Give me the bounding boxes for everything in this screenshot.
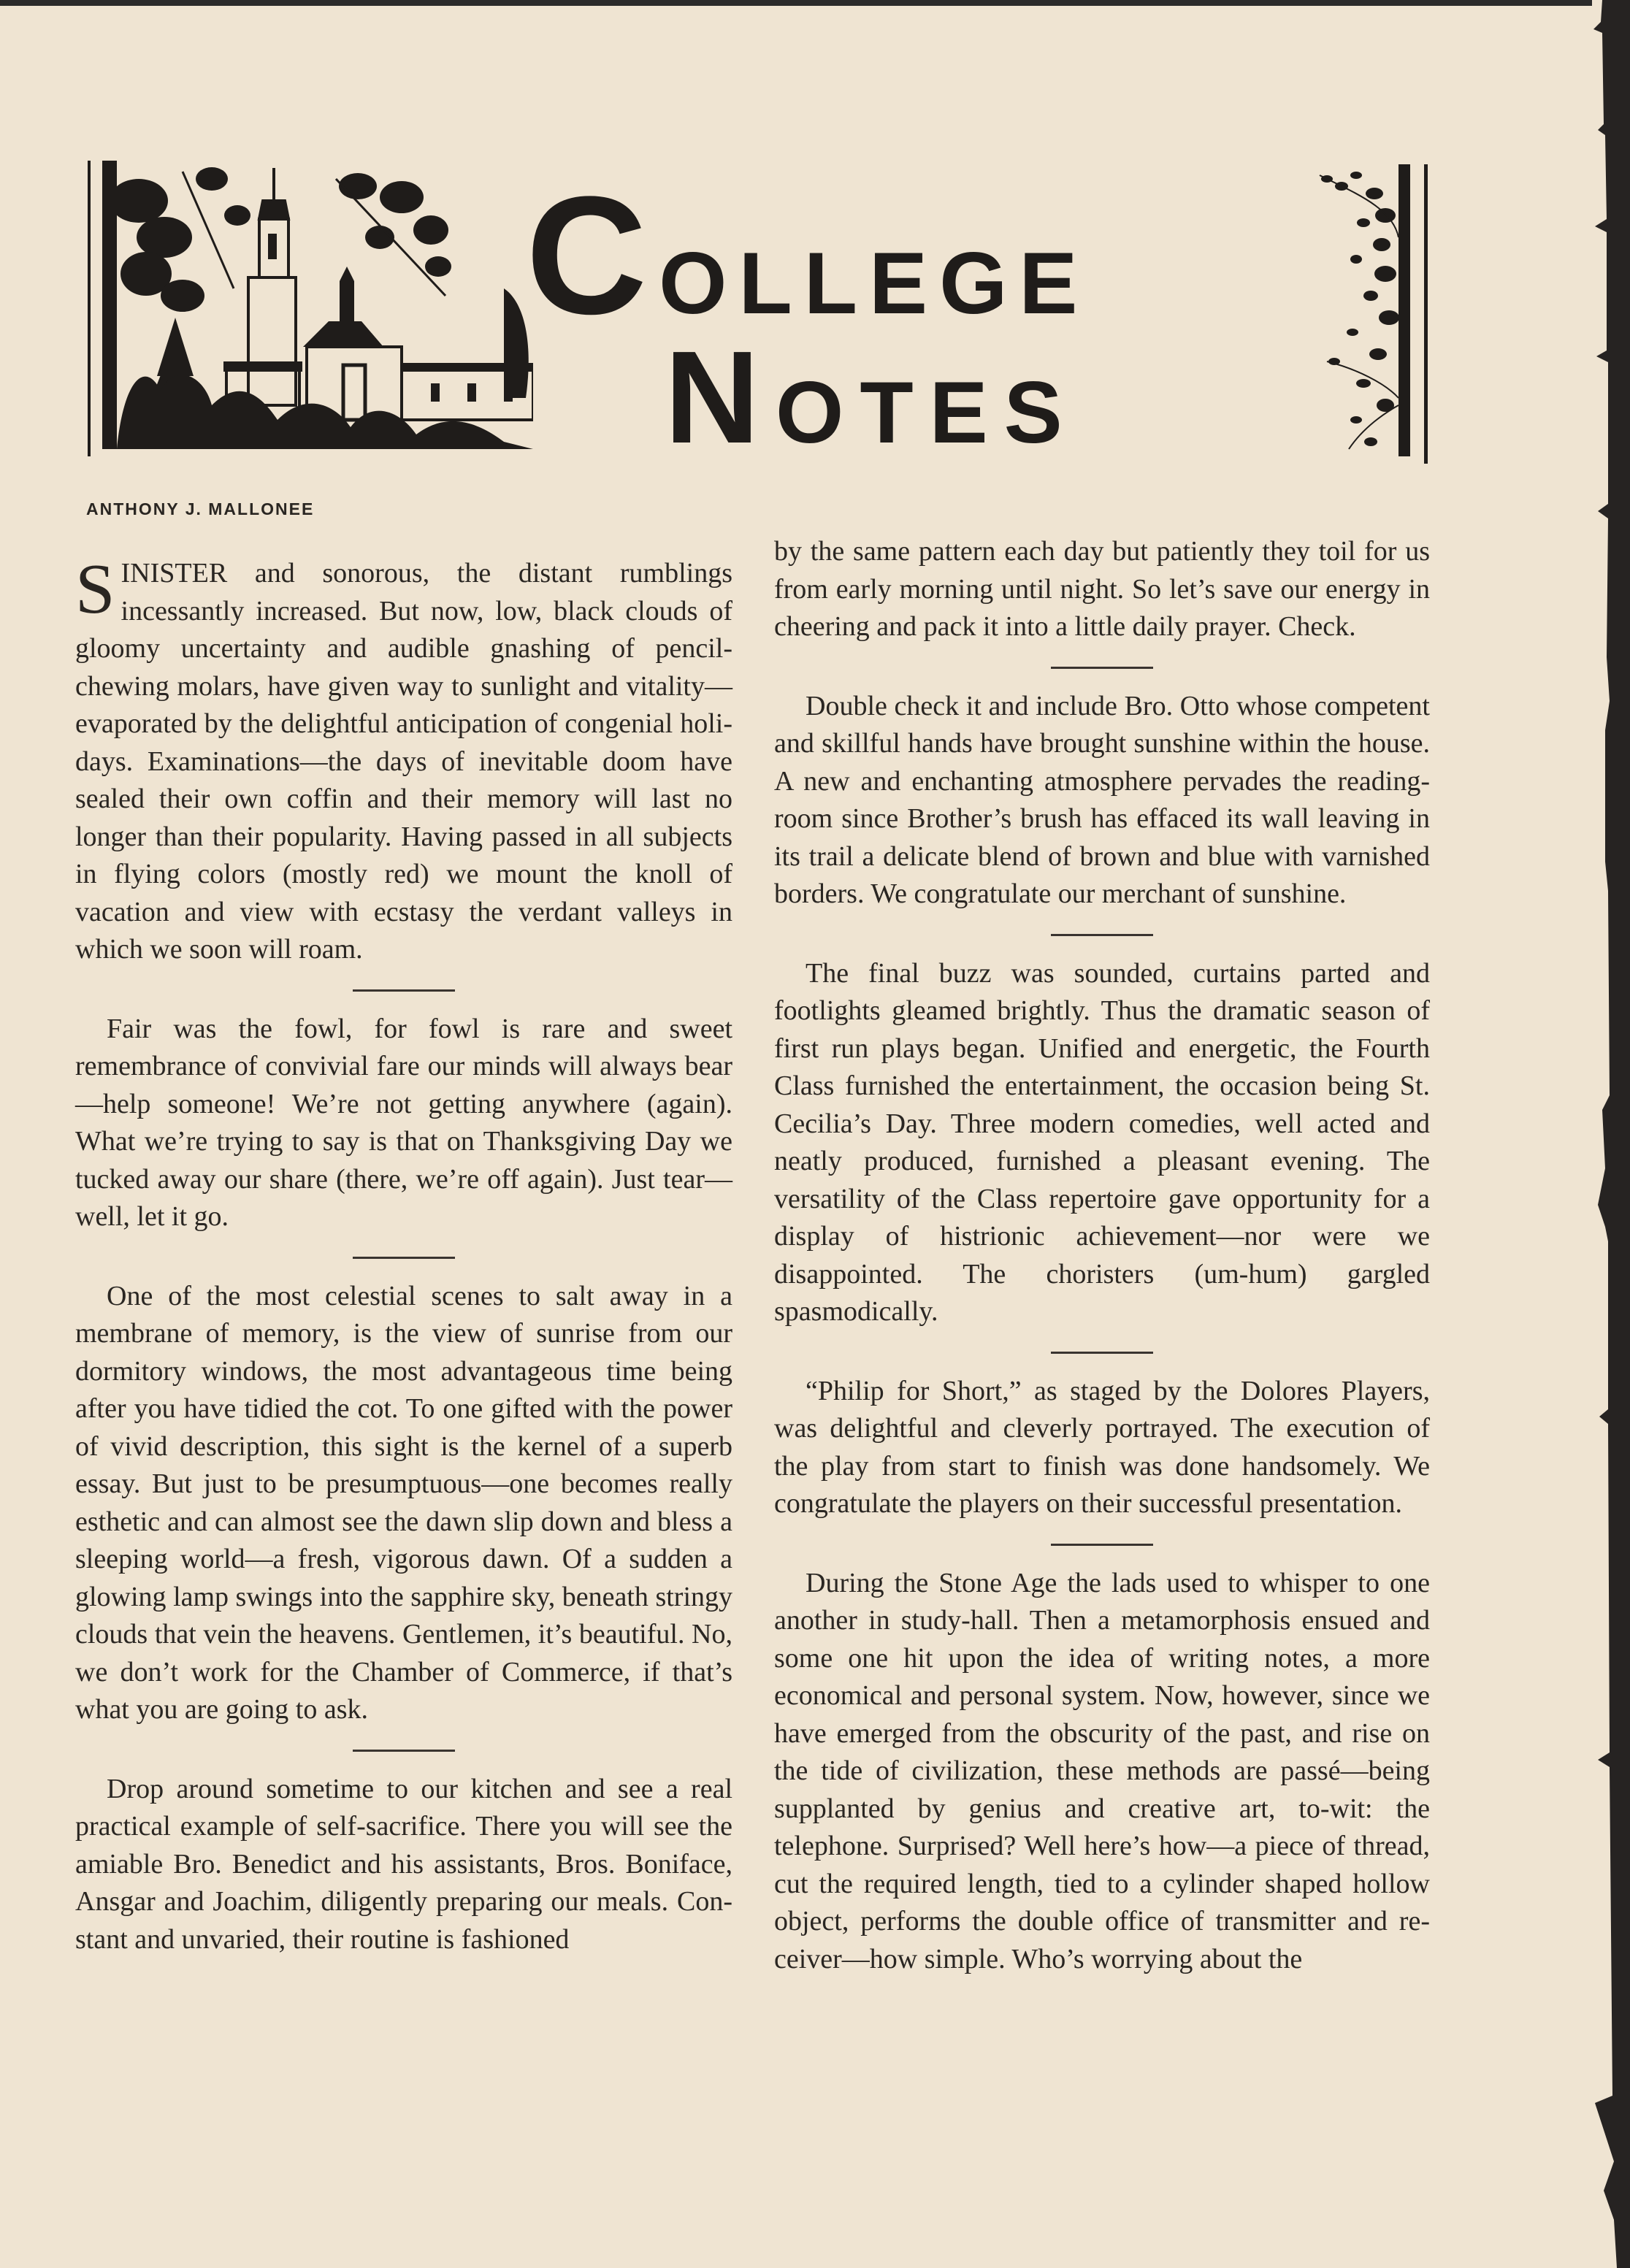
page-top-edge	[0, 0, 1592, 6]
section-divider	[1051, 1352, 1153, 1354]
left-column: SINISTER and sonorous, the distant rumb­…	[75, 555, 732, 1958]
paragraph-exams: SINISTER and sonorous, the distant rumb­…	[75, 555, 732, 969]
section-divider	[353, 1257, 455, 1259]
paragraph-philip-for-short: “Philip for Short,” as staged by the Dol…	[774, 1373, 1430, 1523]
section-divider	[353, 989, 455, 992]
section-divider	[1051, 1544, 1153, 1546]
section-divider	[1051, 934, 1153, 936]
vine-ornament	[1312, 164, 1422, 456]
magazine-page: COLLEGE NOTES ANTHONY J. MALLONEE SINIST…	[0, 0, 1630, 2268]
header-banner: COLLEGE NOTES	[88, 157, 1428, 467]
paragraph-stone-age: During the Stone Age the lads used to wh…	[774, 1565, 1430, 1979]
paragraph-thanksgiving: Fair was the fowl, for fowl is rare and …	[75, 1011, 732, 1236]
paragraph-kitchen-continued: by the same pattern each day but patient…	[774, 533, 1430, 646]
banner-left-rule	[88, 161, 91, 456]
paragraph-bro-otto: Double check it and include Bro. Otto wh…	[774, 688, 1430, 913]
section-divider	[353, 1750, 455, 1752]
paragraph-sunrise: One of the most celestial scenes to salt…	[75, 1278, 732, 1729]
title-college: COLLEGE	[526, 172, 1089, 340]
college-building-illustration	[95, 157, 533, 453]
paragraph-dramatic-season: The final buzz was sounded, curtains par…	[774, 955, 1430, 1331]
banner-right-rule	[1424, 164, 1428, 464]
torn-binding-edge	[1588, 0, 1630, 2268]
author-byline: ANTHONY J. MALLONEE	[86, 499, 314, 519]
title-notes: NOTES	[665, 332, 1079, 464]
paragraph-kitchen: Drop around sometime to our kitchen and …	[75, 1771, 732, 1959]
right-column: by the same pattern each day but patient…	[774, 533, 1430, 1978]
section-divider	[1051, 667, 1153, 669]
drop-cap: S	[75, 559, 115, 619]
